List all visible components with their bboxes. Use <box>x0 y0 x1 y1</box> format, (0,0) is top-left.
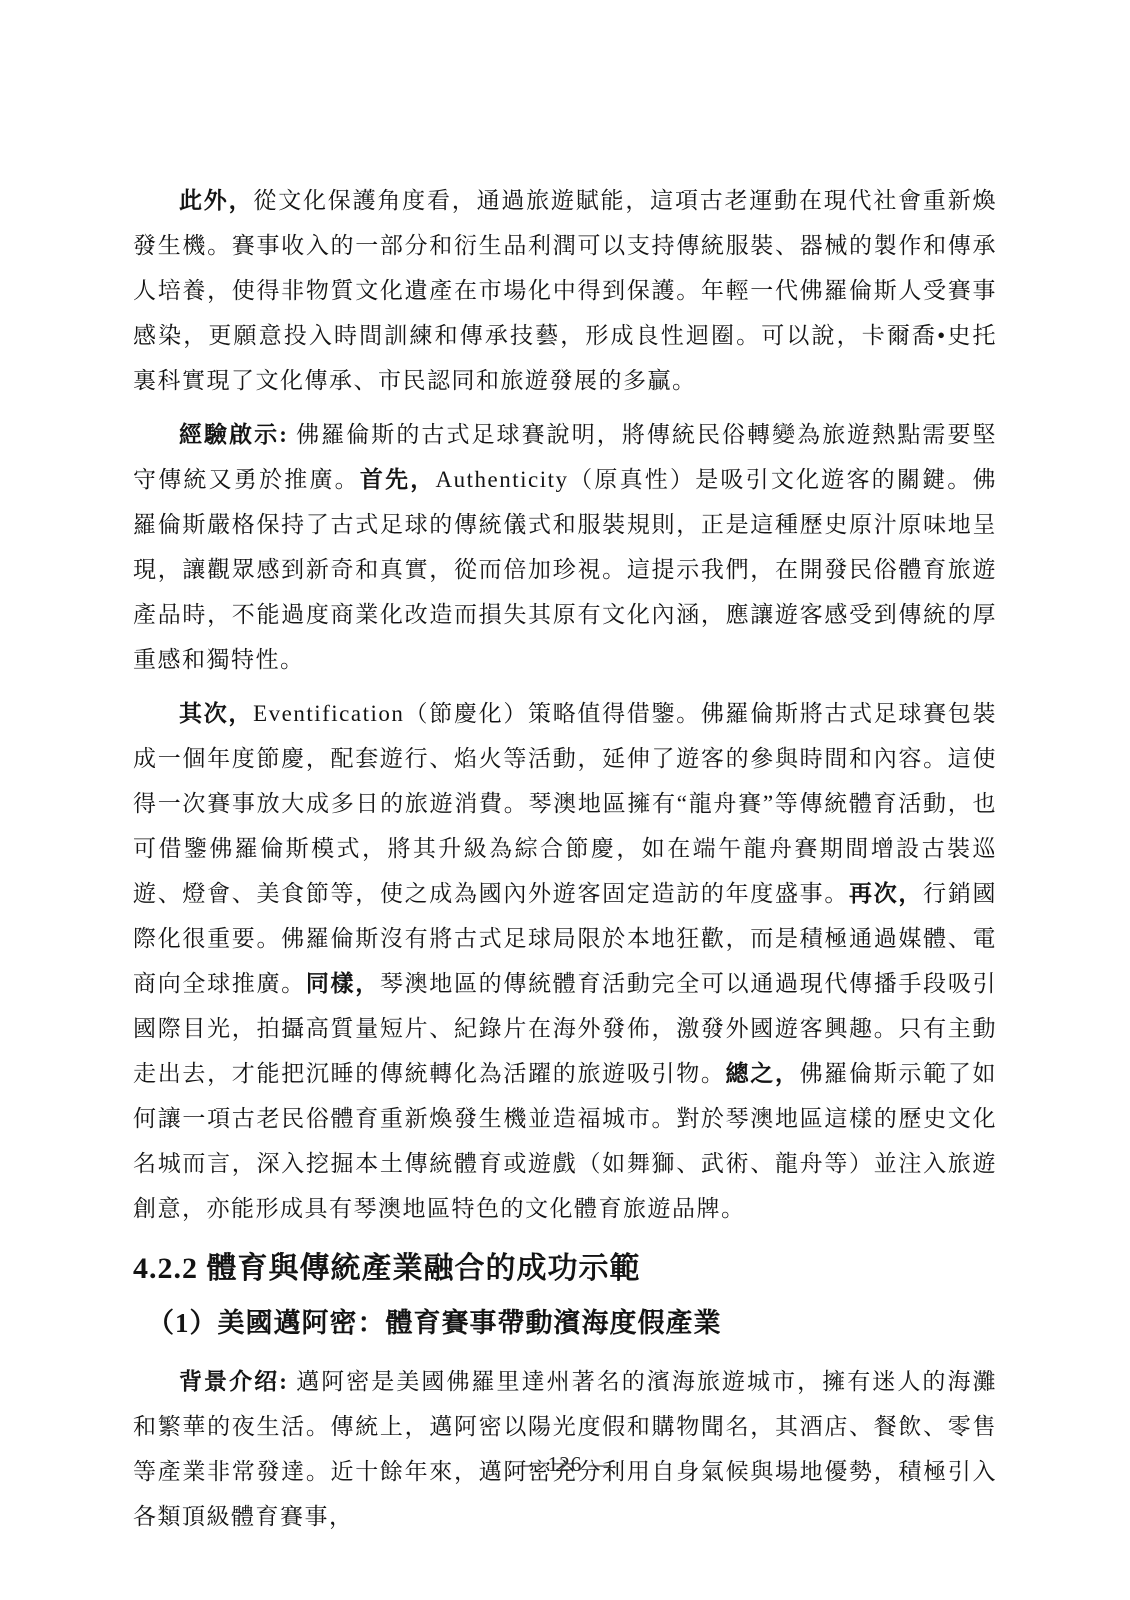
document-content: 此外，從文化保護角度看，通過旅遊賦能，這項古老運動在現代社會重新煥發生機。賽事收… <box>133 178 997 1548</box>
paragraph: 背景介绍: 邁阿密是美國佛羅里達州著名的濱海旅遊城市，擁有迷人的海灘和繁華的夜生… <box>133 1359 997 1539</box>
document-page: 此外，從文化保護角度看，通過旅遊賦能，這項古老運動在現代社會重新煥發生機。賽事收… <box>0 0 1130 1600</box>
page-number: — 126 — <box>0 1452 1130 1477</box>
subsection-heading: （1）美國邁阿密：體育賽事帶動濱海度假產業 <box>147 1305 997 1341</box>
paragraph: 此外，從文化保護角度看，通過旅遊賦能，這項古老運動在現代社會重新煥發生機。賽事收… <box>133 178 997 403</box>
paragraph: 經驗啟示: 佛羅倫斯的古式足球賽說明，將傳統民俗轉變為旅遊熱點需要堅守傳統又勇於… <box>133 412 997 682</box>
section-heading: 4.2.2 體育與傳統產業融合的成功示範 <box>133 1249 997 1289</box>
paragraph: 其次，Eventification（節慶化）策略值得借鑒。佛羅倫斯將古式足球賽包… <box>133 691 997 1231</box>
